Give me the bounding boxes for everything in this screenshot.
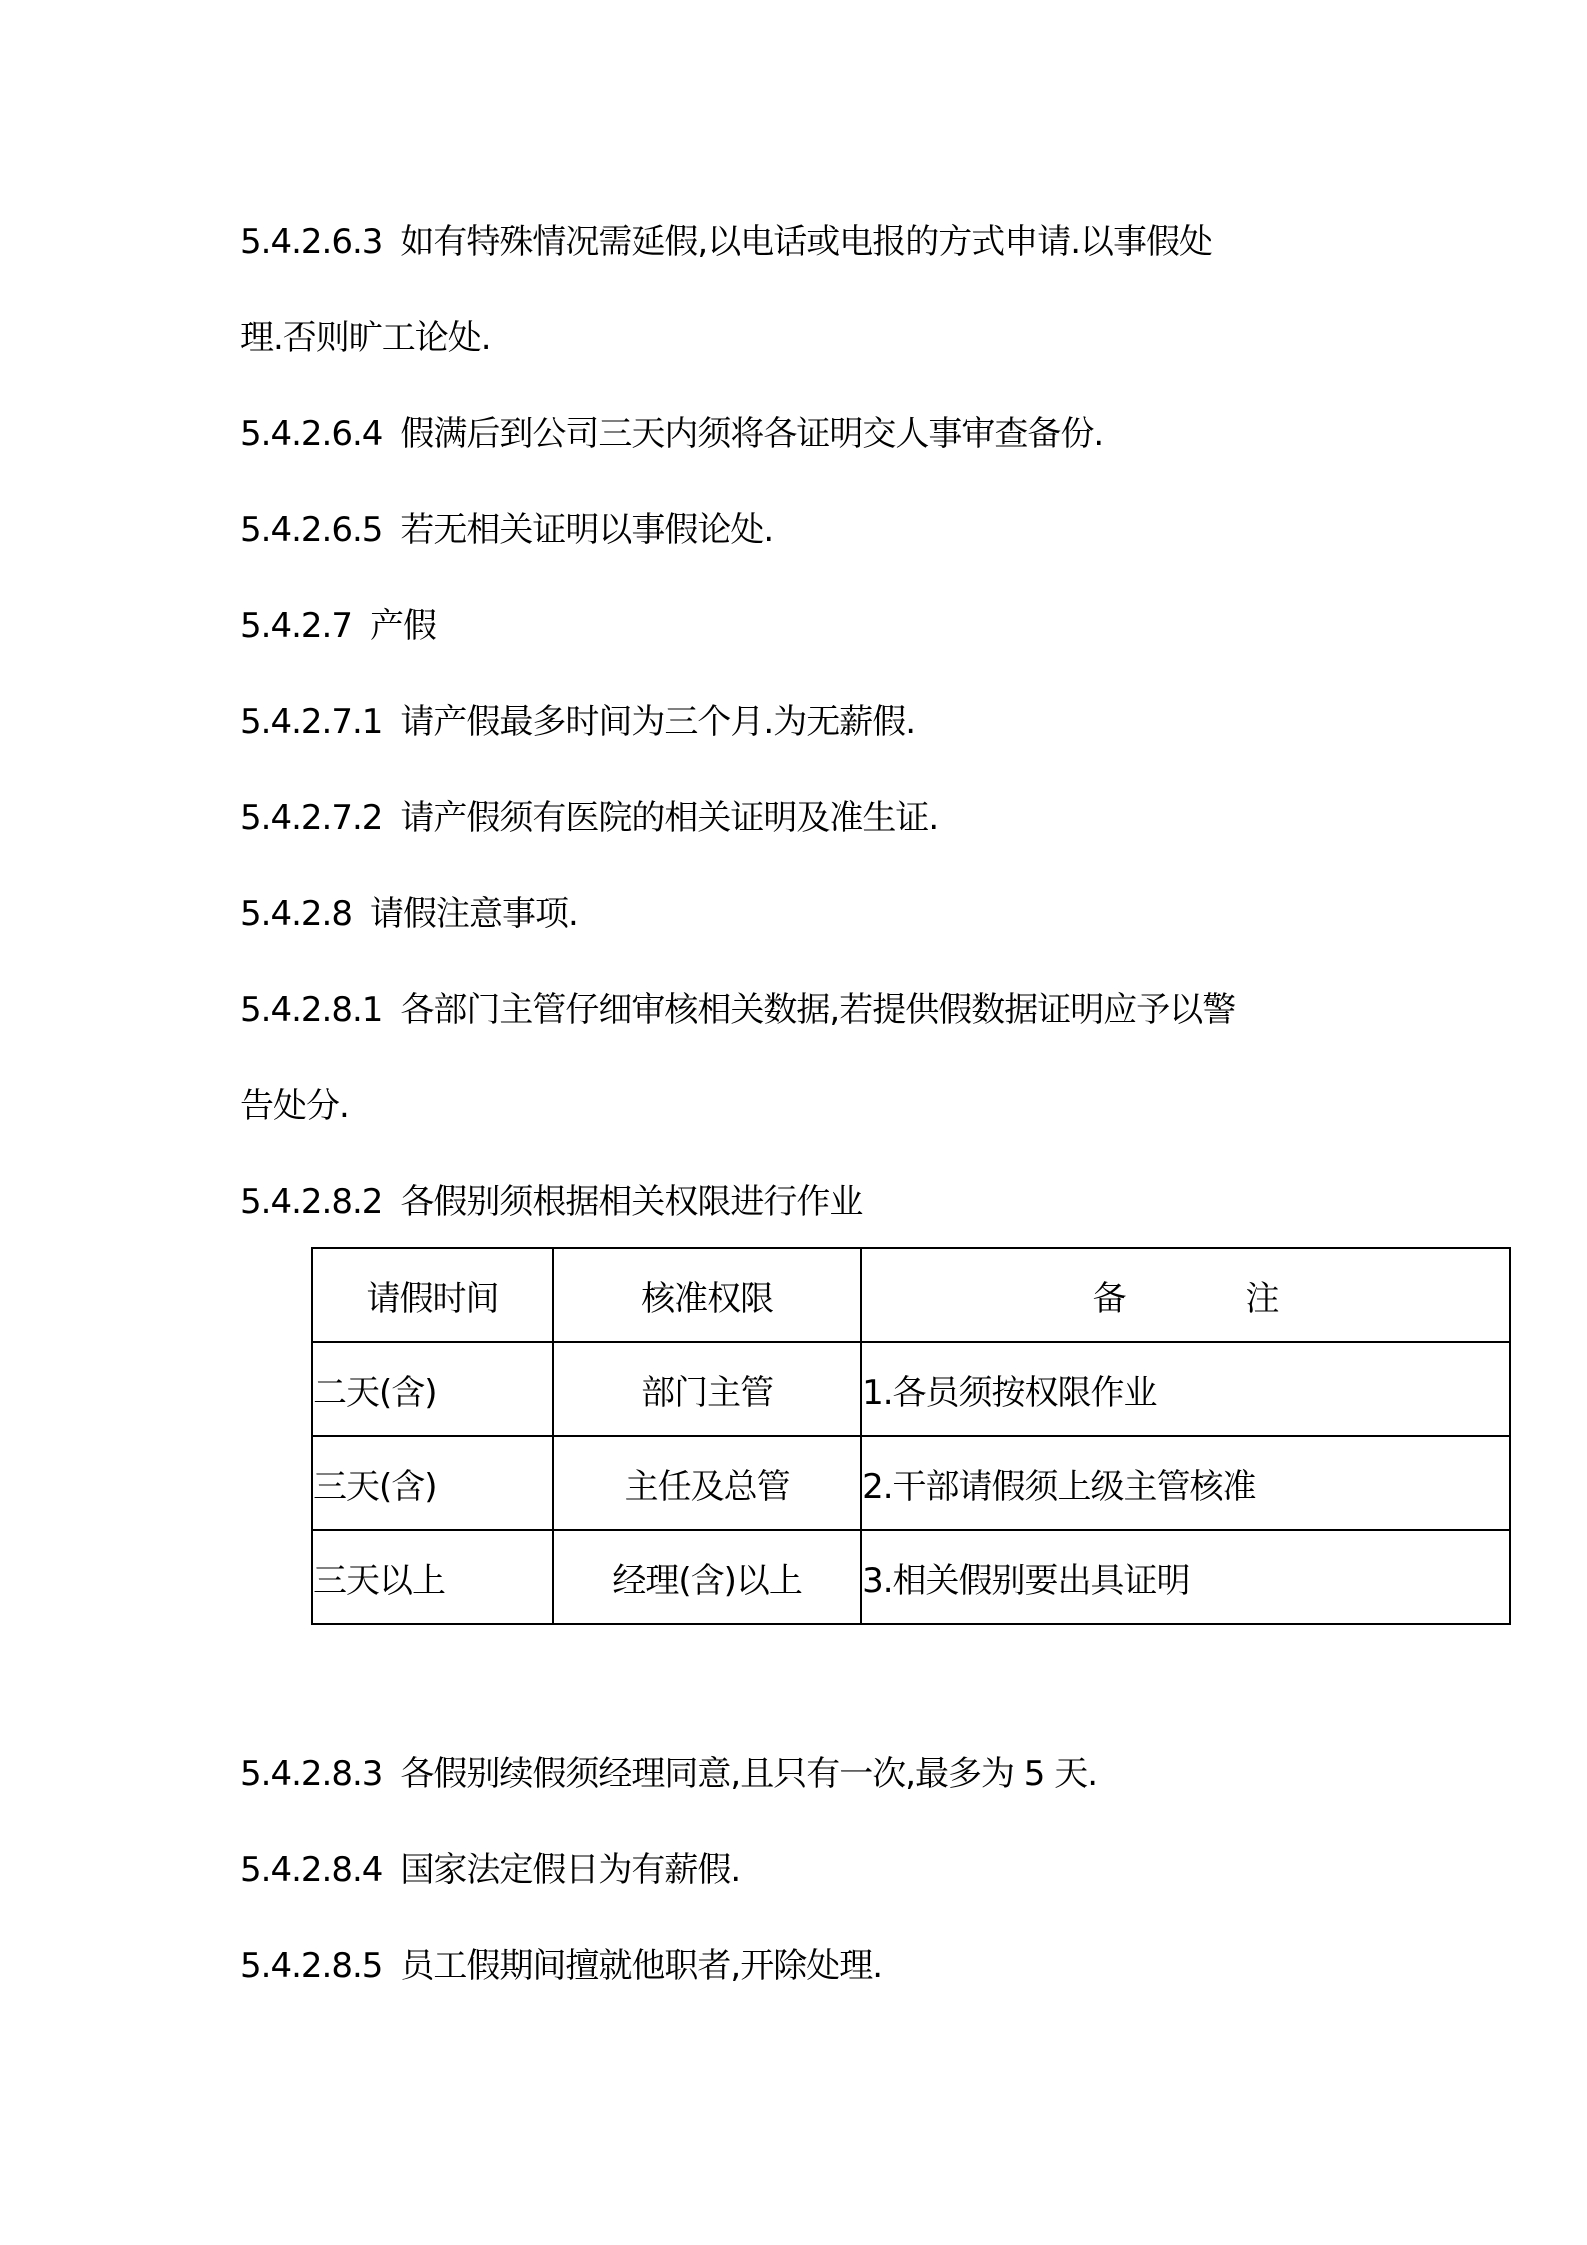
- clause-number: 5.4.2.8.5: [240, 1946, 382, 1986]
- clause-number: 5.4.2.7.1: [240, 702, 382, 742]
- clause-5-4-2-7-2: 5.4.2.7.2请产假须有医院的相关证明及准生证.: [240, 798, 938, 838]
- table-header-row: 请假时间 核准权限 备 注: [312, 1248, 1510, 1342]
- clause-text: 若无相关证明以事假论处.: [400, 510, 773, 550]
- cell-remarks: 2.干部请假须上级主管核准: [861, 1436, 1510, 1530]
- cell-remarks: 3.相关假别要出具证明: [861, 1530, 1510, 1624]
- clause-5-4-2-6-5: 5.4.2.6.5若无相关证明以事假论处.: [240, 510, 773, 550]
- clause-5-4-2-8-2: 5.4.2.8.2各假别须根据相关权限进行作业: [240, 1182, 862, 1222]
- cell-leave-duration: 三天以上: [312, 1530, 553, 1624]
- clause-number: 5.4.2.8.1: [240, 990, 382, 1030]
- clause-5-4-2-6-3: 5.4.2.6.3如有特殊情况需延假,以电话或电报的方式申请.以事假处: [240, 222, 1212, 262]
- clause-5-4-2-8-5: 5.4.2.8.5员工假期间擅就他职者,开除处理.: [240, 1946, 882, 1986]
- cell-approval-authority: 经理(含)以上: [553, 1530, 861, 1624]
- cell-leave-duration: 三天(含): [312, 1436, 553, 1530]
- clause-text: 假满后到公司三天内须将各证明交人事审查备份.: [400, 414, 1103, 454]
- clause-5-4-2-6-3-continued: 理.否则旷工论处.: [240, 318, 491, 358]
- clause-5-4-2-8-1-continued: 告处分.: [240, 1086, 349, 1126]
- section-5-4-2-8-heading: 5.4.2.8请假注意事项.: [240, 894, 578, 934]
- cell-leave-duration: 二天(含): [312, 1342, 553, 1436]
- clause-number: 5.4.2.7: [240, 606, 352, 646]
- cell-approval-authority: 主任及总管: [553, 1436, 861, 1530]
- clause-5-4-2-7-1: 5.4.2.7.1请产假最多时间为三个月.为无薪假.: [240, 702, 915, 742]
- clause-text: 请产假最多时间为三个月.为无薪假.: [400, 702, 915, 742]
- clause-text: 各假别须根据相关权限进行作业: [400, 1182, 862, 1222]
- clause-text: 请产假须有医院的相关证明及准生证.: [400, 798, 938, 838]
- clause-number: 5.4.2.6.5: [240, 510, 382, 550]
- clause-5-4-2-6-4: 5.4.2.6.4假满后到公司三天内须将各证明交人事审查备份.: [240, 414, 1103, 454]
- clause-number: 5.4.2.7.2: [240, 798, 382, 838]
- header-leave-duration: 请假时间: [312, 1248, 553, 1342]
- clause-text: 各部门主管仔细审核相关数据,若提供假数据证明应予以警: [400, 990, 1235, 1030]
- clause-text: 国家法定假日为有薪假.: [400, 1850, 740, 1890]
- clause-number: 5.4.2.8.2: [240, 1182, 382, 1222]
- clause-text: 请假注意事项.: [370, 894, 578, 934]
- clause-number: 5.4.2.8: [240, 894, 352, 934]
- clause-text: 各假别续假须经理同意,且只有一次,最多为 5 天.: [400, 1754, 1097, 1794]
- clause-text: 告处分.: [240, 1086, 349, 1126]
- header-approval-authority: 核准权限: [553, 1248, 861, 1342]
- leave-authorization-table: 请假时间 核准权限 备 注 二天(含) 部门主管 1.各员须按权限作业 三天(含…: [311, 1247, 1511, 1625]
- clause-text: 员工假期间擅就他职者,开除处理.: [400, 1946, 882, 1986]
- section-5-4-2-7-heading: 5.4.2.7产假: [240, 606, 436, 646]
- clause-5-4-2-8-3: 5.4.2.8.3各假别续假须经理同意,且只有一次,最多为 5 天.: [240, 1754, 1097, 1794]
- cell-remarks: 1.各员须按权限作业: [861, 1342, 1510, 1436]
- header-remarks: 备 注: [861, 1248, 1510, 1342]
- clause-text: 理.否则旷工论处.: [240, 318, 491, 358]
- clause-number: 5.4.2.6.4: [240, 414, 382, 454]
- table-row: 三天(含) 主任及总管 2.干部请假须上级主管核准: [312, 1436, 1510, 1530]
- clause-number: 5.4.2.8.4: [240, 1850, 382, 1890]
- table-row: 三天以上 经理(含)以上 3.相关假别要出具证明: [312, 1530, 1510, 1624]
- table-row: 二天(含) 部门主管 1.各员须按权限作业: [312, 1342, 1510, 1436]
- clause-text: 如有特殊情况需延假,以电话或电报的方式申请.以事假处: [400, 222, 1212, 262]
- clause-number: 5.4.2.8.3: [240, 1754, 382, 1794]
- clause-5-4-2-8-4: 5.4.2.8.4国家法定假日为有薪假.: [240, 1850, 740, 1890]
- cell-approval-authority: 部门主管: [553, 1342, 861, 1436]
- clause-5-4-2-8-1: 5.4.2.8.1各部门主管仔细审核相关数据,若提供假数据证明应予以警: [240, 990, 1235, 1030]
- clause-number: 5.4.2.6.3: [240, 222, 382, 262]
- clause-text: 产假: [370, 606, 436, 646]
